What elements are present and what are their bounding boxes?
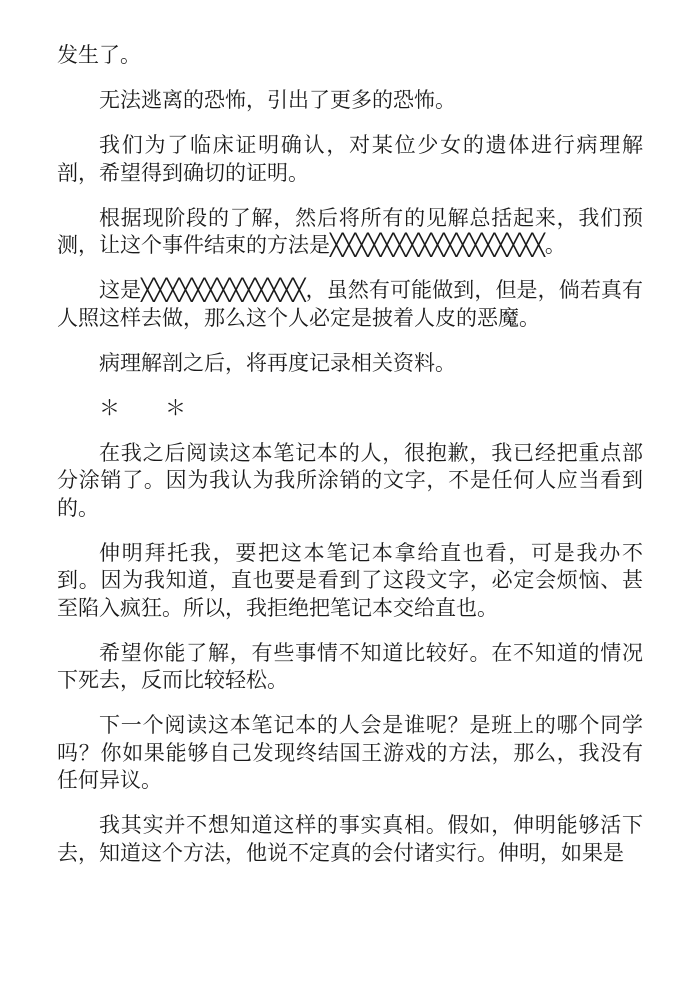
- paragraph: 发生了。: [57, 42, 643, 70]
- paragraph: 下一个阅读这本笔记本的人会是谁呢？是班上的哪个同学吗？你如果能够自己发现终结国王…: [57, 712, 643, 795]
- paragraph: 希望你能了解，有些事情不知道比较好。在不知道的情况下死去，反而比较轻松。: [57, 640, 643, 695]
- paragraph: 无法逃离的恐怖，引出了更多的恐怖。: [57, 87, 643, 115]
- paragraph: 这是╳╳╳╳╳╳╳╳╳╳╳╳╳，虽然有可能做到，但是，倘若真有人照这样去做，那么…: [57, 277, 643, 332]
- paragraph: 在我之后阅读这本笔记本的人，很抱歉，我已经把重点部分涂销了。因为我认为我所涂销的…: [57, 440, 643, 523]
- paragraph: 我们为了临床证明确认，对某位少女的遗体进行病理解剖，希望得到确切的证明。: [57, 132, 643, 187]
- paragraph: 伸明拜托我，要把这本笔记本拿给直也看，可是我办不到。因为我知道，直也要是看到了这…: [57, 540, 643, 623]
- paragraph: 我其实并不想知道这样的事实真相。假如，伸明能够活下去，知道这个方法，他说不定真的…: [57, 812, 643, 867]
- section-separator: ＊ ＊: [57, 395, 643, 423]
- book-page: 发生了。无法逃离的恐怖，引出了更多的恐怖。我们为了临床证明确认，对某位少女的遗体…: [0, 0, 700, 992]
- paragraph: 根据现阶段的了解，然后将所有的见解总括起来，我们预测，让这个事件结束的方法是╳╳…: [57, 205, 643, 260]
- paragraph-list: 发生了。无法逃离的恐怖，引出了更多的恐怖。我们为了临床证明确认，对某位少女的遗体…: [57, 42, 643, 867]
- paragraph: 病理解剖之后，将再度记录相关资料。: [57, 350, 643, 378]
- document-body: 发生了。无法逃离的恐怖，引出了更多的恐怖。我们为了临床证明确认，对某位少女的遗体…: [57, 42, 643, 867]
